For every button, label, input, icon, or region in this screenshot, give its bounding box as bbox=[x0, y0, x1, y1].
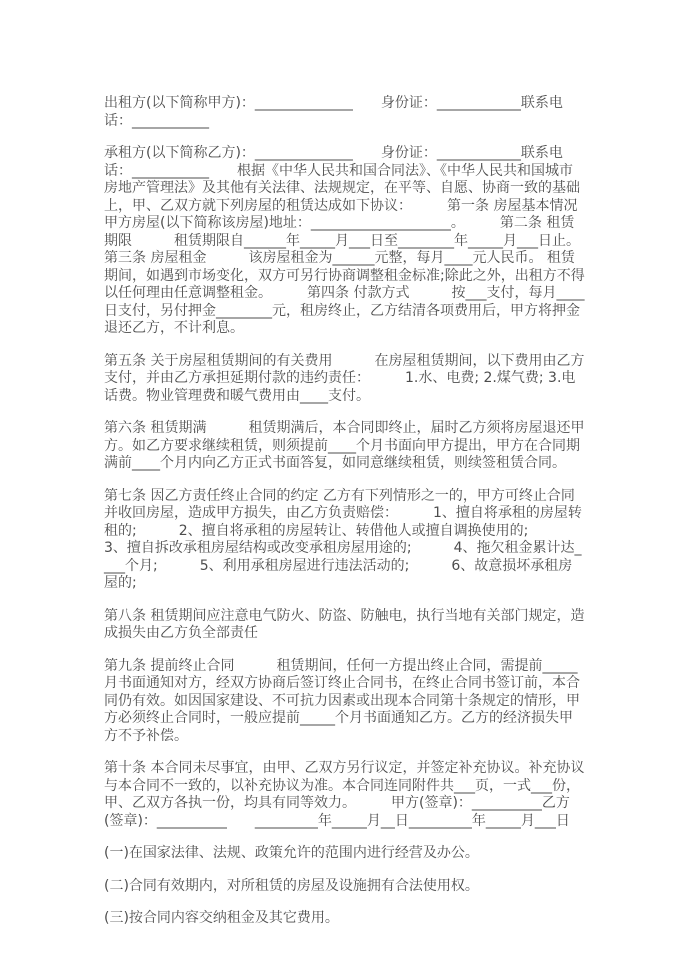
paragraph-article-8-safety-liability: 第八条 租赁期间应注意电气防火、防盗、防触电，执行当地有关部门规定，造成损失由乙… bbox=[104, 608, 586, 643]
paragraph-lessee-info-and-articles-1-4: 承租方(以下简称乙方)：______________ 身份证：_________… bbox=[104, 145, 586, 338]
paragraph-article-5-fees: 第五条 关于房屋租赁期间的有关费用 在房屋租赁期间，以下费用由乙方支付，并由乙方… bbox=[104, 353, 586, 406]
paragraph-article-9-early-termination: 第九条 提前终止合同 租赁期间，任何一方提出终止合同，需提前_____月书面通知… bbox=[104, 658, 586, 746]
paragraph-clause-2-usage-rights: (二)合同有效期内，对所租赁的房屋及设施拥有合法使用权。 bbox=[104, 878, 586, 896]
paragraph-clause-1-lawful-use: (一)在国家法律、法规、政策允许的范围内进行经营及办公。 bbox=[104, 845, 586, 863]
paragraph-article-10-misc-and-signatures: 第十条 本合同未尽事宜，由甲、乙双方另行议定，并签定补充协议。补充协议与本合同不… bbox=[104, 760, 586, 830]
paragraph-lessor-info: 出租方(以下简称甲方)：______________ 身份证：_________… bbox=[104, 95, 586, 130]
paragraph-article-6-lease-expiry: 第六条 租赁期满 租赁期满后，本合同即终止，届时乙方须将房屋退还甲方。如乙方要求… bbox=[104, 420, 586, 473]
paragraph-clause-3-pay-rent: (三)按合同内容交纳租金及其它费用。 bbox=[104, 910, 586, 928]
contract-document: 出租方(以下简称甲方)：______________ 身份证：_________… bbox=[104, 95, 586, 943]
paragraph-article-7-termination-for-lessee-fault: 第七条 因乙方责任终止合同的约定 乙方有下列情形之一的，甲方可终止合同并收回房屋… bbox=[104, 488, 586, 593]
